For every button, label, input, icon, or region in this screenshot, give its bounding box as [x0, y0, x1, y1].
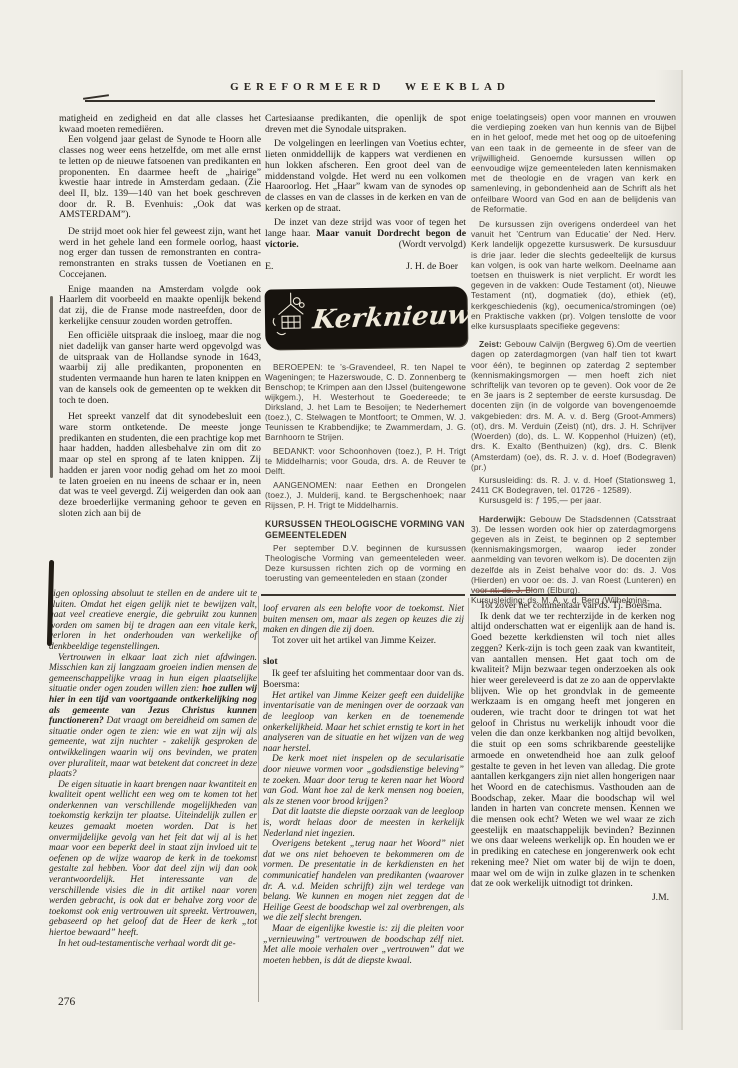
paragraph: Dat dit laatste die diepste oorzaak van …: [263, 807, 464, 839]
signature-row: E. J. H. de Boer: [265, 261, 466, 272]
signature-initial: E.: [265, 261, 274, 272]
paragraph: Ik geef ter afsluiting het commentaar do…: [263, 669, 464, 690]
paragraph: In het oud-testamentische verhaal wordt …: [49, 939, 257, 950]
slot-heading: slot: [263, 656, 464, 667]
article-column-2: Cartesiaanse predikanten, die openlijk d…: [265, 114, 466, 583]
page-number: 276: [58, 996, 75, 1008]
beroepen-notice: BEROEPEN: te ’s-Gravendeel, R. ten Napel…: [265, 362, 466, 442]
paragraph: Een volgend jaar gelast de Synode te Hoo…: [59, 135, 261, 221]
paragraph: Een officiële uitspraak die insloeg, maa…: [59, 331, 261, 406]
article-column-1: matigheid en zedigheid en dat alle class…: [59, 114, 261, 519]
zeist-kursusgeld: Kursusgeld is: ƒ 195,— per jaar.: [471, 495, 676, 505]
paragraph: Vertrouwen in elkaar laat zich niet afdw…: [49, 653, 257, 780]
masthead-title: GEREFORMEERD WEEKBLAD: [85, 81, 655, 93]
author-signature: J. H. de Boer: [406, 261, 458, 272]
paragraph: Enige maanden na Amsterdam volgde ook Ha…: [59, 285, 261, 328]
paragraph: De volgelingen en leerlingen van Voetius…: [265, 139, 466, 214]
church-lamp-icon: [271, 292, 312, 348]
paragraph: De strijd moet ook hier fel geweest zijn…: [59, 227, 261, 281]
paragraph: Ik denk dat we ter rechterzijde in de ke…: [471, 612, 675, 890]
zeist-label: Zeist:: [479, 339, 502, 349]
paragraph: De eigen situatie in kaart brengen naar …: [49, 780, 257, 939]
kursussen-paragraph: enige toelatingseis) open voor mannen en…: [471, 112, 676, 214]
commentary-column-1: eigen oplossing absoluut te stellen en d…: [49, 589, 257, 949]
harderwijk-label: Harderwijk:: [479, 514, 526, 524]
page-edge-line: [681, 70, 683, 1030]
paragraph: Het artikel van Jimme Keizer geeft een d…: [263, 691, 464, 755]
harderwijk-text: Gebouw De Stadsdennen (Catsstraat 3). De…: [471, 514, 676, 595]
masthead-rule: [85, 100, 655, 102]
continuation-note: (Wordt vervolgd): [390, 240, 466, 251]
commentary-column-2: loof ervaren als een belofte voor de toe…: [263, 604, 464, 966]
zeist-kursusleiding: Kursusleiding: ds. R. J. v. d. Hoef (Sta…: [471, 475, 676, 495]
paragraph: matigheid en zedigheid en dat alle class…: [59, 114, 261, 135]
paragraph: Maar de eigenlijke kwestie is: zij die p…: [263, 924, 464, 966]
column-separator: [258, 596, 259, 1002]
kursussen-paragraph: De kursussen zijn overigens onderdeel va…: [471, 219, 676, 331]
scanned-magazine-page: { "masthead": { "title": "GEREFORMEERD W…: [0, 0, 738, 1068]
harderwijk-paragraph: Harderwijk: Gebouw De Stadsdennen (Catss…: [471, 514, 676, 596]
scan-artifact-streak: [50, 296, 53, 478]
kursussen-intro: Per september D.V. beginnen de kursussen…: [265, 543, 466, 583]
paragraph: Overigens betekent „terug naar het Woord…: [263, 839, 464, 924]
kursussen-heading: KURSUSSEN THEOLOGISCHE VORMING VAN GEMEE…: [265, 519, 466, 540]
column-separator: [468, 598, 469, 898]
section-divider-rule: [470, 594, 676, 596]
paragraph-closing: De inzet van deze strijd was voor of teg…: [265, 218, 466, 250]
commentary-column-3: Tot zover het commentaar van ds. Tj. Boe…: [471, 601, 675, 903]
paragraph: loof ervaren als een belofte voor de toe…: [263, 604, 464, 636]
section-divider-rule: [261, 594, 465, 596]
bedankt-notice: BEDANKT: voor Schoonhoven (toez.), P. H.…: [265, 446, 466, 476]
paragraph: Tot zover uit het artikel van Jimme Keiz…: [263, 636, 464, 647]
paragraph: Cartesiaanse predikanten, die openlijk d…: [265, 114, 466, 135]
kerknieuws-logo-text: Kerknieuws: [311, 300, 486, 336]
zeist-text: Gebouw Calvijn (Bergweg 6).Om de veertie…: [471, 339, 676, 471]
kerknieuws-column-3: enige toelatingseis) open voor mannen en…: [471, 112, 676, 605]
editor-initials: J.M.: [471, 892, 675, 903]
paragraph: De kerk moet niet inspelen op de secular…: [263, 754, 464, 807]
paragraph: eigen oplossing absoluut te stellen en d…: [49, 589, 257, 653]
zeist-paragraph: Zeist: Gebouw Calvijn (Bergweg 6).Om de …: [471, 339, 676, 472]
kerknieuws-logo-banner: Kerknieuws: [265, 287, 468, 350]
aangenomen-notice: AANGENOMEN: naar Eethen en Drongelen (to…: [265, 480, 466, 510]
paragraph: Het spreekt vanzelf dat dit synodebeslui…: [59, 412, 261, 519]
